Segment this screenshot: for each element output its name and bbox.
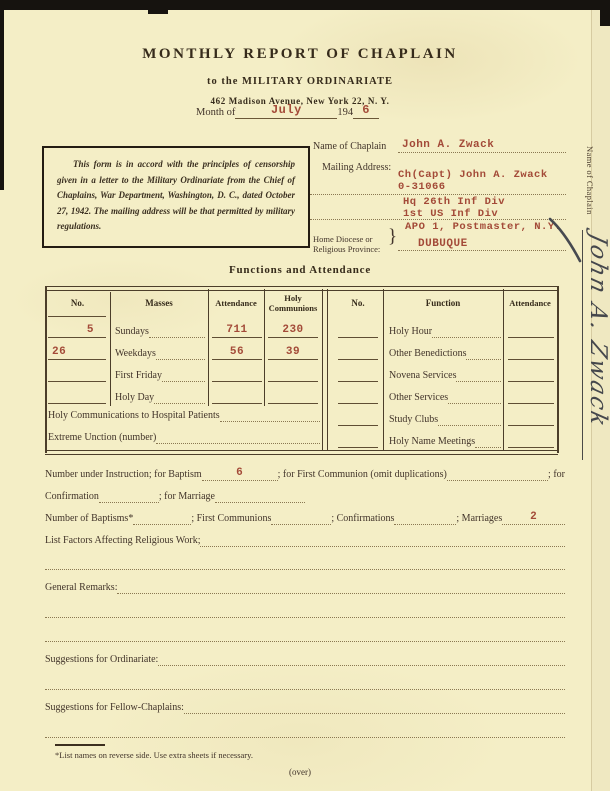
general-remarks-field [117, 580, 565, 594]
blank-line-3 [45, 641, 565, 642]
instruction-line1-text-c: ; for [548, 468, 565, 481]
table-top-border [45, 286, 558, 291]
mailing-line-3: Hq 26th Inf Div [403, 196, 505, 208]
label-sundays: Sundays [115, 325, 149, 338]
value-no-sundays: 5 [48, 324, 106, 336]
label-holyday: Holy Day [115, 391, 154, 404]
cell-comm-firstfriday [268, 368, 318, 382]
firstcommunions-field [271, 511, 331, 525]
mailing-address-label: Mailing Address: [322, 162, 391, 174]
col-header-masses: Masses [110, 297, 208, 309]
label-holyhour: Holy Hour [389, 325, 432, 338]
year-prefix: 194 [337, 106, 353, 119]
diocese-rule [398, 250, 566, 251]
cell-no-holyday [48, 390, 106, 404]
month-value: July [235, 103, 337, 117]
form-subtitle: to the MILITARY ORDINARIATE [0, 76, 600, 88]
mailing-line-2: 0-31066 [398, 181, 446, 193]
label-studyclubs: Study Clubs [389, 413, 438, 426]
blank-line-2 [45, 617, 565, 618]
label-weekdays: Weekdays [115, 347, 156, 360]
rcol-header-no: No. [333, 297, 383, 309]
rcell-no-studyclubs [338, 412, 378, 426]
rcol-header-attendance: Attendance [503, 297, 557, 309]
rcell-att-holyname [508, 434, 554, 448]
form-title: MONTHLY REPORT OF CHAPLAIN [0, 48, 600, 60]
footnote-rule [55, 744, 105, 746]
rcell-att-holyhour [508, 324, 554, 338]
footnote-text: *List names on reverse side. Use extra s… [55, 749, 253, 761]
censorship-notice-box: This form is in accord with the principl… [42, 146, 310, 248]
label-holyname: Holy Name Meetings [389, 435, 475, 448]
divider-rno-function [383, 289, 384, 450]
confirmation-instruction-field [99, 489, 159, 503]
rcell-no-benedictions [338, 346, 378, 360]
marriages-label: ; Marriages [456, 512, 502, 525]
row-weekdays: Weekdays [115, 346, 205, 360]
rcell-no-holyname [338, 434, 378, 448]
cell-no-firstfriday [48, 368, 106, 382]
leader-holyhour [432, 324, 501, 338]
chaplain-name-label: Name of Chaplain [313, 141, 386, 153]
cell-att-weekdays: 56 [212, 346, 262, 360]
attendance-table-title: Functions and Attendance [0, 264, 600, 276]
general-remarks-label: General Remarks: [45, 581, 117, 594]
ordinariate-label: Suggestions for Ordinariate: [45, 653, 158, 666]
rrow-holyname: Holy Name Meetings [389, 434, 501, 448]
instruction-line-2: Confirmation ; for Marriage [45, 489, 305, 503]
marriage-instruction-field [215, 489, 305, 503]
leader-extreme-unction [156, 430, 320, 444]
marriage-label: ; for Marriage [159, 490, 215, 503]
mailing-rule-1 [310, 194, 566, 195]
blank-line-5 [45, 737, 565, 738]
chaplain-name-rule [398, 152, 566, 153]
year-field: 6 [353, 105, 379, 119]
blank-line-1 [45, 569, 565, 570]
year-value: 6 [353, 103, 379, 117]
value-no-weekdays: 26 [48, 346, 106, 358]
marriages-value: 2 [502, 511, 565, 523]
leader-firstfriday [162, 368, 205, 382]
leader-studyclubs [438, 412, 501, 426]
scan-border-top [0, 0, 610, 10]
instruction-line1-text-b: ; for First Communion (omit duplications… [278, 468, 447, 481]
label-firstfriday: First Friday [115, 369, 162, 382]
col-header-communions-2: Communions [264, 302, 322, 314]
factors-line: List Factors Affecting Religious Work; [45, 533, 565, 547]
value-comm-weekdays: 39 [268, 346, 318, 358]
signature-strip: Name of Chaplain John A. Zwack [564, 146, 598, 464]
rcell-att-benedictions [508, 346, 554, 360]
table-right-border [557, 286, 559, 453]
col-header-no: No. [45, 297, 110, 309]
scan-border-top-right [600, 8, 610, 26]
divider-function-attendance [503, 289, 504, 450]
cell-att-firstfriday [212, 368, 262, 382]
fellow-chaplains-line: Suggestions for Fellow-Chaplains: [45, 700, 565, 714]
label-benedictions: Other Benedictions [389, 347, 466, 360]
leader-holyname [475, 434, 501, 448]
table-left-border [45, 286, 47, 453]
cell-att-holyday [212, 390, 262, 404]
rcell-no-otherservices [338, 390, 378, 404]
baptisms-label: Number of Baptisms* [45, 512, 133, 525]
sacraments-line: Number of Baptisms* ; First Communions ;… [45, 511, 565, 525]
rrow-studyclubs: Study Clubs [389, 412, 501, 426]
table-bottom-border [45, 450, 558, 455]
cell-no-weekdays: 26 [48, 346, 106, 360]
rcell-no-holyhour [338, 324, 378, 338]
cell-att-sundays: 711 [212, 324, 262, 338]
baptism-instruction-value: 6 [202, 467, 278, 479]
firstcommunions-label: ; First Communions [191, 512, 271, 525]
baptism-instruction-field: 6 [202, 467, 278, 481]
mailing-line-1: Ch(Capt) John A. Zwack [398, 169, 548, 181]
cell-comm-holyday [268, 390, 318, 404]
rrow-holyhour: Holy Hour [389, 324, 501, 338]
general-remarks-line: General Remarks: [45, 580, 565, 594]
chaplain-name-value: John A. Zwack [402, 139, 494, 151]
row-hospital-communions: Holy Communications to Hospital Patients [48, 408, 320, 422]
firstcommunion-instruction-field [447, 467, 548, 481]
mailing-line-5: APO 1, Postmaster, N.Y. [405, 221, 561, 233]
over-label: (over) [0, 766, 600, 778]
value-att-sundays: 711 [212, 324, 262, 336]
value-comm-sundays: 230 [268, 324, 318, 336]
confirmations-label: ; Confirmations [331, 512, 394, 525]
month-field: July [235, 105, 337, 119]
row-extreme-unction: Extreme Unction (number) [48, 430, 320, 444]
month-line: Month of July 194 6 [196, 105, 412, 119]
blank-line-4 [45, 689, 565, 690]
rcell-att-otherservices [508, 390, 554, 404]
factors-label: List Factors Affecting Religious Work; [45, 534, 200, 547]
leader-hospital-communions [220, 408, 320, 422]
rcell-no-novena [338, 368, 378, 382]
no-header-rule [48, 316, 106, 317]
label-novena: Novena Services [389, 369, 456, 382]
leader-novena [456, 368, 501, 382]
rcell-att-studyclubs [508, 412, 554, 426]
baptisms-field [133, 511, 191, 525]
cell-comm-weekdays: 39 [268, 346, 318, 360]
confirmation-label: Confirmation [45, 490, 99, 503]
diocese-label-line2: Religious Province: [313, 243, 380, 255]
confirmations-field [394, 511, 456, 525]
rrow-benedictions: Other Benedictions [389, 346, 501, 360]
divider-left-right-tables [322, 289, 328, 450]
rcell-att-novena [508, 368, 554, 382]
leader-benedictions [466, 346, 501, 360]
diocese-value: DUBUQUE [418, 238, 468, 250]
fellow-chaplains-field [184, 700, 565, 714]
ordinariate-field [158, 652, 565, 666]
leader-sundays [149, 324, 205, 338]
label-hospital-communions: Holy Communications to Hospital Patients [48, 409, 220, 422]
value-att-weekdays: 56 [212, 346, 262, 358]
col-header-attendance: Attendance [208, 297, 264, 309]
leader-otherservices [448, 390, 501, 404]
censorship-notice-text: This form is in accord with the principl… [57, 157, 295, 235]
scanned-form-page: MONTHLY REPORT OF CHAPLAIN to the MILITA… [0, 0, 610, 791]
signature-name-label: Name of Chaplain [585, 146, 595, 215]
row-firstfriday: First Friday [115, 368, 205, 382]
mailing-rule-2 [310, 219, 566, 220]
diocese-brace: } [388, 231, 397, 243]
label-otherservices: Other Services [389, 391, 448, 404]
marriages-field: 2 [502, 511, 565, 525]
instruction-line1-text-a: Number under Instruction; for Baptism [45, 468, 202, 481]
rrow-novena: Novena Services [389, 368, 501, 382]
cell-comm-sundays: 230 [268, 324, 318, 338]
row-holyday: Holy Day [115, 390, 205, 404]
rcol-header-function: Function [383, 297, 503, 309]
scan-border-notch [148, 0, 168, 14]
leader-holyday [154, 390, 205, 404]
signature-handwriting: John A. Zwack [585, 231, 610, 431]
label-extreme-unction: Extreme Unction (number) [48, 431, 156, 444]
leader-weekdays [156, 346, 205, 360]
divider-no-masses [110, 292, 111, 406]
instruction-line-1: Number under Instruction; for Baptism 6 … [45, 467, 565, 481]
factors-field [200, 533, 565, 547]
month-label: Month of [196, 106, 235, 119]
ordinariate-line: Suggestions for Ordinariate: [45, 652, 565, 666]
row-sundays: Sundays [115, 324, 205, 338]
rrow-otherservices: Other Services [389, 390, 501, 404]
cell-no-sundays: 5 [48, 324, 106, 338]
fellow-chaplains-label: Suggestions for Fellow-Chaplains: [45, 701, 184, 714]
